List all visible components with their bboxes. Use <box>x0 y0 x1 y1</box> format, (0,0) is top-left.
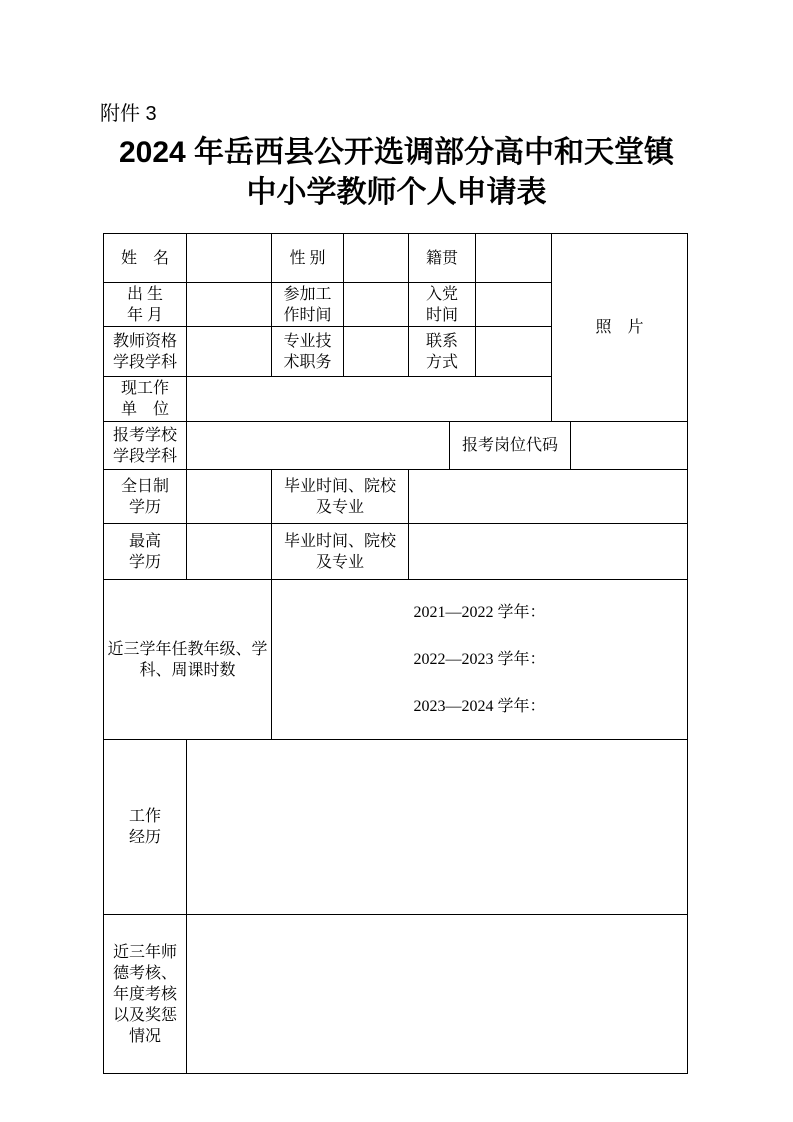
row-assessment: 近三年师 德考核、 年度考核 以及奖惩 情况 <box>104 915 688 1074</box>
assessment-label: 近三年师 德考核、 年度考核 以及奖惩 情况 <box>104 915 187 1074</box>
school-years-cell: 2021—2022 学年： 2022—2023 学年： 2023—2024 学年… <box>272 580 688 740</box>
assessment-value-cell <box>187 915 688 1074</box>
work-start-value-cell <box>344 283 409 327</box>
gender-label: 性 别 <box>272 234 344 283</box>
apply-school-value-cell <box>187 422 450 470</box>
school-year-2022-2023: 2022—2023 学年： <box>272 648 687 671</box>
teacher-cert-label: 教师资格 学段学科 <box>104 327 187 377</box>
highest-grad-label: 毕业时间、院校 及专业 <box>272 524 409 580</box>
school-year-2021-2022: 2021—2022 学年： <box>272 601 687 624</box>
teacher-cert-value-cell <box>187 327 272 377</box>
name-label: 姓 名 <box>104 234 187 283</box>
party-time-label: 入党 时间 <box>409 283 476 327</box>
page-title-line1: 2024 年岳西县公开选调部分高中和天堂镇 <box>0 133 793 173</box>
recent-teaching-label: 近三学年任教年级、学 科、周课时数 <box>104 580 272 740</box>
current-unit-value-cell <box>187 377 552 422</box>
birth-date-label: 出 生 年 月 <box>104 283 187 327</box>
work-history-value-cell <box>187 740 688 915</box>
name-value-cell <box>187 234 272 283</box>
highest-grad-value-cell <box>409 524 688 580</box>
native-place-value-cell <box>476 234 552 283</box>
work-history-label: 工作 经历 <box>104 740 187 915</box>
apply-school-label: 报考学校 学段学科 <box>104 422 187 470</box>
contact-label: 联系 方式 <box>409 327 476 377</box>
fulltime-grad-label: 毕业时间、院校 及专业 <box>272 470 409 524</box>
highest-edu-value-cell <box>187 524 272 580</box>
row-recent-teaching: 近三学年任教年级、学 科、周课时数 2021—2022 学年： 2022—202… <box>104 580 688 740</box>
row-fulltime-education: 全日制 学历 毕业时间、院校 及专业 <box>104 470 688 524</box>
current-unit-label: 现工作 单 位 <box>104 377 187 422</box>
apply-code-label: 报考岗位代码 <box>450 422 571 470</box>
fulltime-edu-value-cell <box>187 470 272 524</box>
page-title: 2024 年岳西县公开选调部分高中和天堂镇 中小学教师个人申请表 <box>0 133 793 213</box>
apply-code-value-cell <box>571 422 688 470</box>
native-place-label: 籍贯 <box>409 234 476 283</box>
prof-title-value-cell <box>344 327 409 377</box>
document-page: 附件 3 2024 年岳西县公开选调部分高中和天堂镇 中小学教师个人申请表 姓 … <box>0 0 793 1122</box>
prof-title-label: 专业技 术职务 <box>272 327 344 377</box>
row-highest-education: 最高 学历 毕业时间、院校 及专业 <box>104 524 688 580</box>
application-form-table: 姓 名 性 别 籍贯 照 片 出 生 年 月 参加工 作时间 入党 时间 教师资… <box>103 233 688 1074</box>
page-title-line2: 中小学教师个人申请表 <box>0 173 793 213</box>
contact-value-cell <box>476 327 552 377</box>
photo-label: 照 片 <box>552 234 688 422</box>
work-start-label: 参加工 作时间 <box>272 283 344 327</box>
row-apply-school-code: 报考学校 学段学科 报考岗位代码 <box>104 422 688 470</box>
party-time-value-cell <box>476 283 552 327</box>
row-name-gender-native: 姓 名 性 别 籍贯 照 片 <box>104 234 688 283</box>
gender-value-cell <box>344 234 409 283</box>
birth-date-value-cell <box>187 283 272 327</box>
school-year-2023-2024: 2023—2024 学年： <box>272 695 687 718</box>
highest-edu-label: 最高 学历 <box>104 524 187 580</box>
fulltime-edu-label: 全日制 学历 <box>104 470 187 524</box>
attachment-label: 附件 3 <box>100 101 157 127</box>
fulltime-grad-value-cell <box>409 470 688 524</box>
row-work-history: 工作 经历 <box>104 740 688 915</box>
